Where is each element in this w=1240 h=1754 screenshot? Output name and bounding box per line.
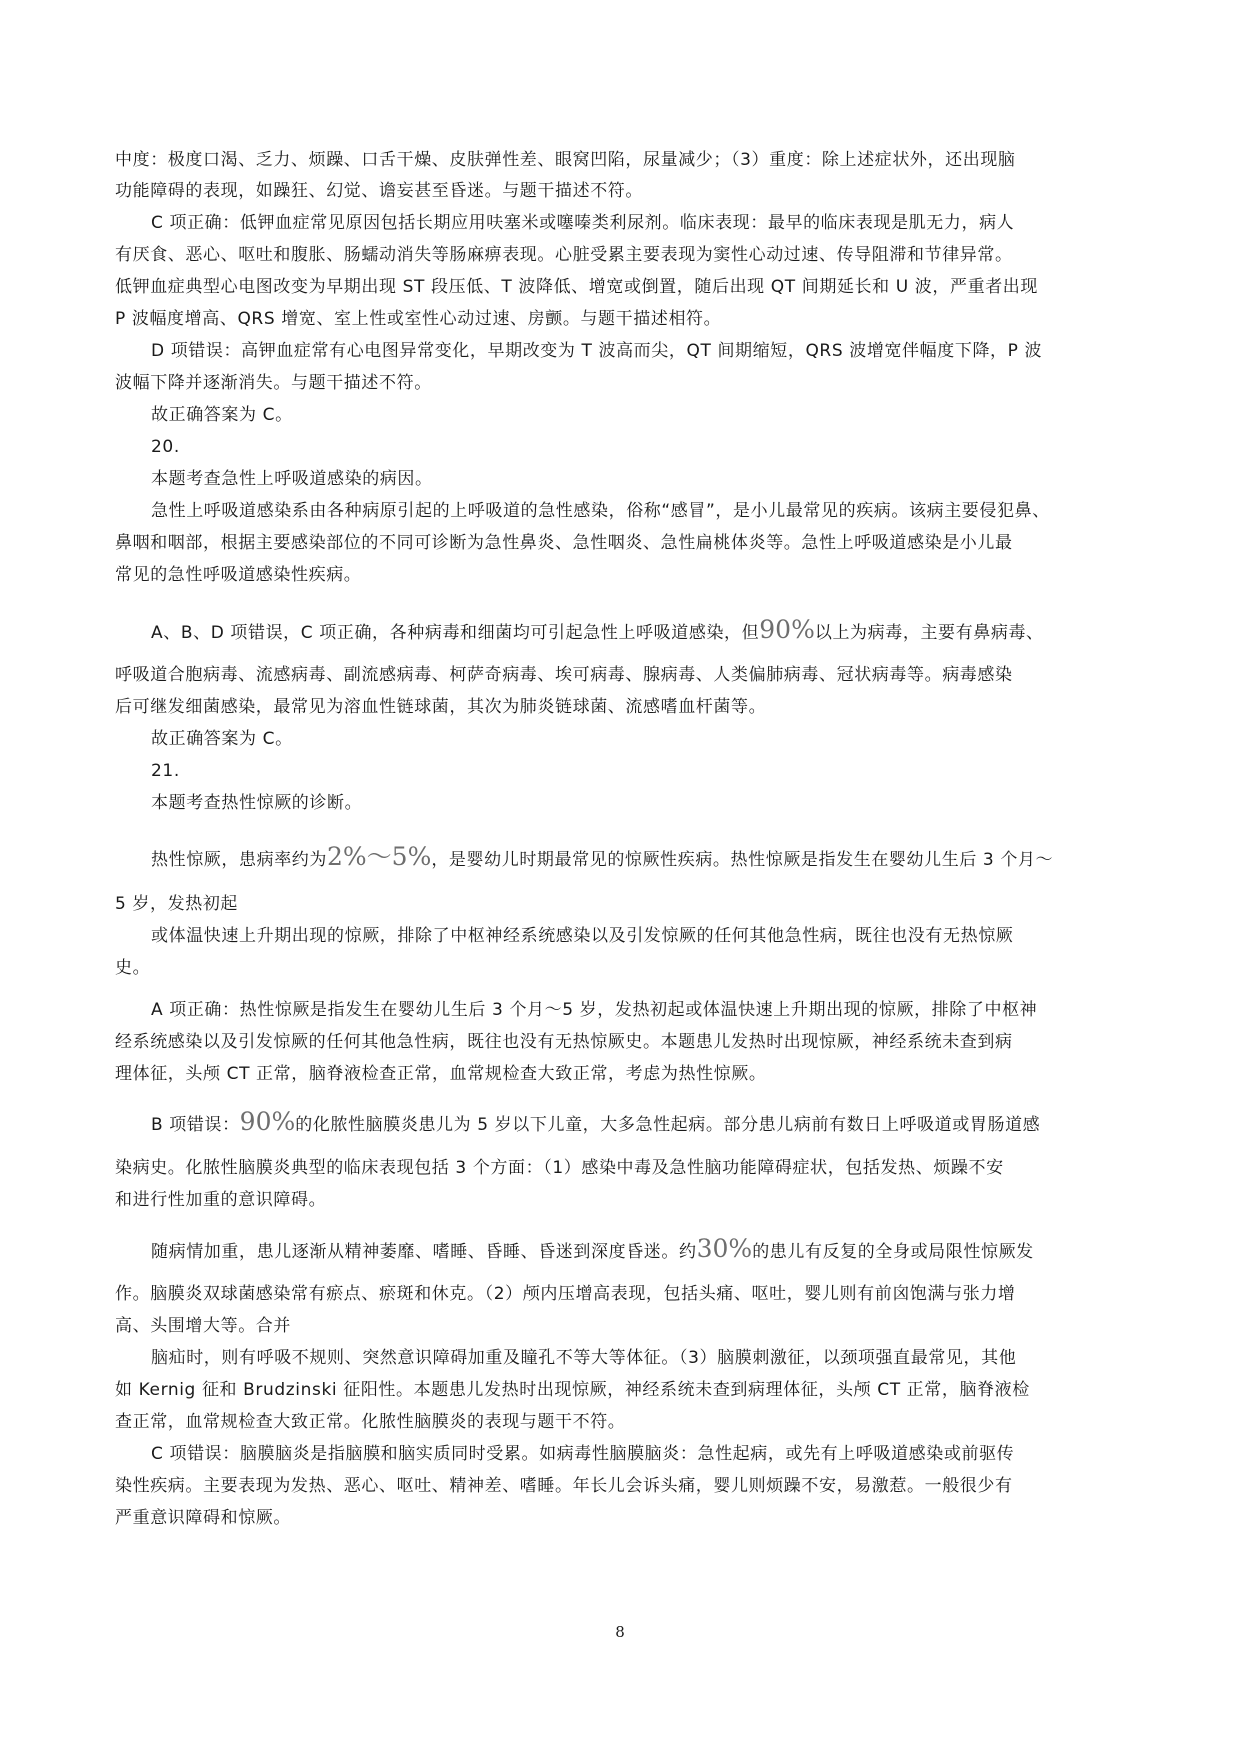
text-line: 查正常，血常规检查大致正常。化脓性脑膜炎的表现与题干不符。 bbox=[115, 1410, 625, 1434]
question-number: 21. bbox=[151, 759, 180, 783]
text-line: 常见的急性呼吸道感染性疾病。 bbox=[115, 563, 361, 587]
text-line: 急性上呼吸道感染系由各种病原引起的上呼吸道的急性感染，俗称“感冒”，是小儿最常见… bbox=[151, 499, 1050, 523]
text-line: 史。 bbox=[115, 956, 150, 980]
text-line: 中度：极度口渴、乏力、烦躁、口舌干燥、皮肤弹性差、眼窝凹陷，尿量减少；（3）重度… bbox=[115, 148, 1016, 172]
percent-highlight: 2%～5% bbox=[327, 842, 431, 871]
text-line: 有厌食、恶心、呕吐和腹胀、肠蠕动消失等肠麻痹表现。心脏受累主要表现为窦性心动过速… bbox=[115, 243, 1013, 267]
paragraph-abd-wrong: A、B、D 项错误，C 项正确，各种病毒和细菌均可引起急性上呼吸道感染，但90%… bbox=[151, 618, 1044, 645]
text-line: 经系统感染以及引发惊厥的任何其他急性病，既往也没有无热惊厥史。本题患儿发热时出现… bbox=[115, 1030, 1013, 1054]
text-line: 低钾血症典型心电图改变为早期出现 ST 段压低、T 波降低、增宽或倒置，随后出现… bbox=[115, 275, 1038, 299]
text-line: 染性疾病。主要表现为发热、恶心、呕吐、精神差、嗜睡。年长儿会诉头痛，婴儿则烦躁不… bbox=[115, 1474, 1013, 1498]
page-number: 8 bbox=[0, 1623, 1240, 1641]
paragraph-c-correct: C 项正确：低钾血症常见原因包括长期应用呋塞米或噻嗪类利尿剂。临床表现：最早的临… bbox=[151, 211, 1014, 235]
text-line: 高、头围增大等。合并 bbox=[115, 1314, 291, 1338]
paragraph-d-wrong: D 项错误：高钾血症常有心电图异常变化，早期改变为 T 波高而尖，QT 间期缩短… bbox=[151, 339, 1042, 363]
percent-highlight: 30% bbox=[697, 1234, 753, 1263]
answer-line: 故正确答案为 C。 bbox=[151, 727, 293, 751]
percent-highlight: 90% bbox=[759, 615, 815, 644]
paragraph-c-wrong: C 项错误：脑膜脑炎是指脑膜和脑实质同时受累。如病毒性脑膜脑炎：急性起病，或先有… bbox=[151, 1442, 1014, 1466]
text-line: 鼻咽和咽部，根据主要感染部位的不同可诊断为急性鼻炎、急性咽炎、急性扁桃体炎等。急… bbox=[115, 531, 1013, 555]
text-line: 理体征，头颅 CT 正常，脑脊液检查正常，血常规检查大致正常，考虑为热性惊厥。 bbox=[115, 1062, 766, 1086]
paragraph-b-wrong: B 项错误：90%的化脓性脑膜炎患儿为 5 岁以下儿童，大多急性起病。部分患儿病… bbox=[151, 1110, 1040, 1137]
text-line: 作。脑膜炎双球菌感染常有瘀点、瘀斑和休克。（2）颅内压增高表现，包括头痛、呕吐，… bbox=[115, 1282, 1016, 1306]
percent-highlight: 90% bbox=[240, 1107, 296, 1136]
text-line: 后可继发细菌感染，最常见为溶血性链球菌，其次为肺炎链球菌、流感嗜血杆菌等。 bbox=[115, 695, 766, 719]
text-line: 5 岁，发热初起 bbox=[115, 892, 238, 916]
paragraph-febrile-seizure: 热性惊厥，患病率约为2%～5%，是婴幼儿时期最常见的惊厥性疾病。热性惊厥是指发生… bbox=[151, 845, 1053, 872]
text-line: 严重意识障碍和惊厥。 bbox=[115, 1506, 291, 1530]
paragraph-a-correct: A 项正确：热性惊厥是指发生在婴幼儿生后 3 个月～5 岁，发热初起或体温快速上… bbox=[151, 998, 1037, 1022]
text-line: 染病史。化脓性脑膜炎典型的临床表现包括 3 个方面：（1）感染中毒及急性脑功能障… bbox=[115, 1156, 1004, 1180]
text-line: P 波幅度增高、QRS 增宽、室上性或室性心动过速、房颤。与题干描述相符。 bbox=[115, 307, 721, 331]
text-line: 和进行性加重的意识障碍。 bbox=[115, 1188, 326, 1212]
question-topic: 本题考查热性惊厥的诊断。 bbox=[151, 791, 362, 815]
question-topic: 本题考查急性上呼吸道感染的病因。 bbox=[151, 467, 433, 491]
paragraph-progression: 随病情加重，患儿逐渐从精神萎靡、嗜睡、昏睡、昏迷到深度昏迷。约30%的患儿有反复… bbox=[151, 1237, 1034, 1264]
text-line: 脑疝时，则有呼吸不规则、突然意识障碍加重及瞳孔不等大等体征。（3）脑膜刺激征，以… bbox=[151, 1346, 1016, 1370]
text-line: 波幅下降并逐渐消失。与题干描述不符。 bbox=[115, 371, 432, 395]
text-line: 呼吸道合胞病毒、流感病毒、副流感病毒、柯萨奇病毒、埃可病毒、腺病毒、人类偏肺病毒… bbox=[115, 663, 1013, 687]
text-line: 或体温快速上升期出现的惊厥，排除了中枢神经系统感染以及引发惊厥的任何其他急性病，… bbox=[151, 924, 1013, 948]
text-line: 如 Kernig 征和 Brudzinski 征阳性。本题患儿发热时出现惊厥，神… bbox=[115, 1378, 1030, 1402]
question-number: 20. bbox=[151, 435, 180, 459]
text-line: 功能障碍的表现，如躁狂、幻觉、谵妄甚至昏迷。与题干描述不符。 bbox=[115, 179, 643, 203]
answer-line: 故正确答案为 C。 bbox=[151, 403, 293, 427]
